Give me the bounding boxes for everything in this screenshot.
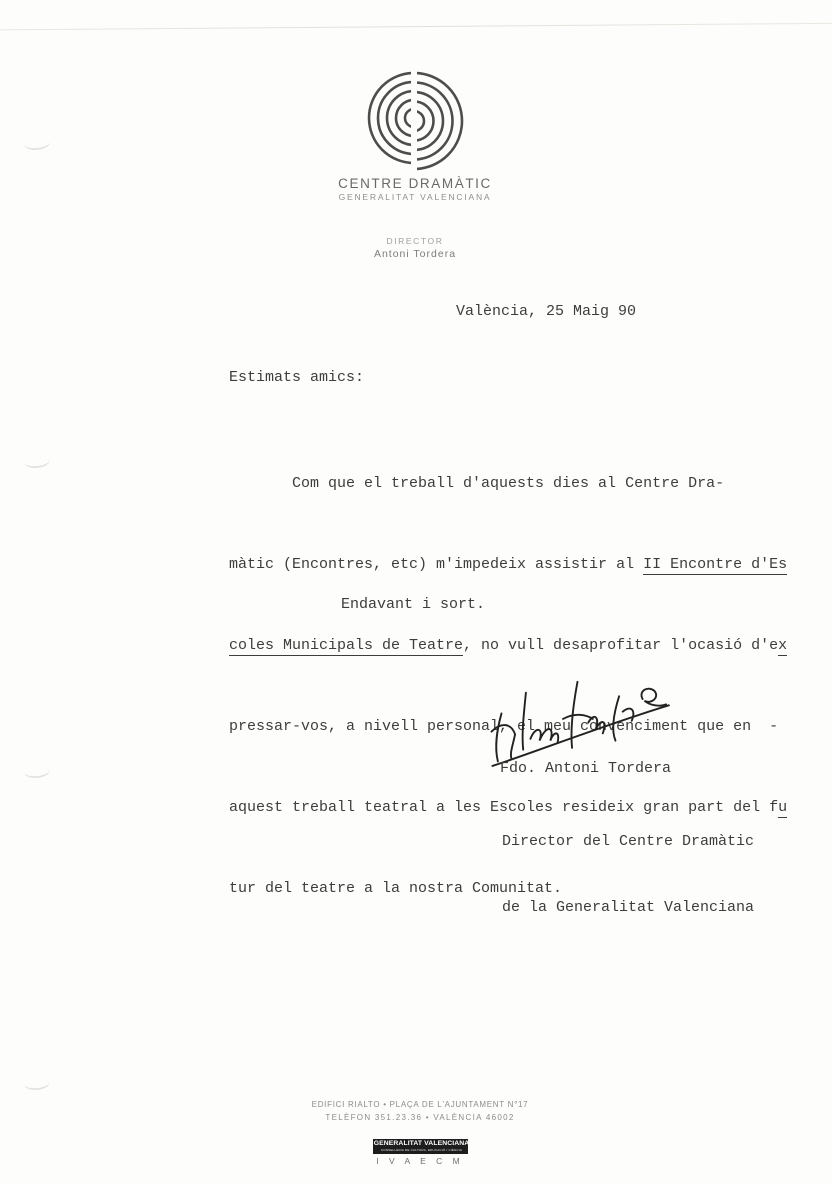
body-line: Com que el treball d'aquests dies al Cen… <box>229 470 787 497</box>
body-line: màtic (Encontres, etc) m'impedeix assist… <box>229 551 787 578</box>
org-subtitle: GENERALITAT VALENCIANA <box>300 192 530 202</box>
dateline: València, 25 Maig 90 <box>456 303 636 320</box>
body-line: coles Municipals de Teatre, no vull desa… <box>229 632 787 659</box>
org-name: CENTRE DRAMÀTIC <box>300 176 530 191</box>
director-name: Antoni Tordera <box>330 248 500 260</box>
signer-title-line2: de la Generalitat Valenciana <box>502 897 754 919</box>
signed-by-line: Fdo. Antoni Tordera <box>500 760 671 777</box>
centre-dramatic-logo-icon <box>360 64 470 174</box>
punch-hole-mark <box>23 763 50 780</box>
generalitat-valenciana-logo: GENERALITAT VALENCIANA CONSELLERIA DE CU… <box>373 1139 468 1154</box>
punch-hole-mark <box>23 135 50 152</box>
letter-page: CENTRE DRAMÀTIC GENERALITAT VALENCIANA D… <box>0 0 832 1184</box>
gv-logo-subtitle: CONSELLERIA DE CULTURA, EDUCACIÓ I CIÈNC… <box>381 1149 462 1152</box>
scan-edge-line <box>0 22 832 30</box>
punch-hole-mark <box>23 1075 50 1092</box>
closing-line: Endavant i sort. <box>341 596 485 613</box>
signer-title: Director del Centre Dramàtic de la Gener… <box>502 787 754 963</box>
footer-address-line1: EDIFICI RIALTO • PLAÇA DE L'AJUNTAMENT N… <box>270 1100 570 1109</box>
gv-logo-title: GENERALITAT VALENCIANA <box>374 1141 469 1148</box>
director-label: DIRECTOR <box>330 236 500 246</box>
signer-title-line1: Director del Centre Dramàtic <box>502 831 754 853</box>
gv-logo-text: GENERALITAT VALENCIANA CONSELLERIA DE CU… <box>374 1141 469 1152</box>
punch-hole-mark <box>23 453 50 470</box>
footer-address-line2: TELÈFON 351.23.36 • VALÈNCIA 46002 <box>270 1113 570 1122</box>
salutation: Estimats amics: <box>229 369 364 386</box>
ivaecm-acronym: I V A E C M <box>360 1156 480 1166</box>
